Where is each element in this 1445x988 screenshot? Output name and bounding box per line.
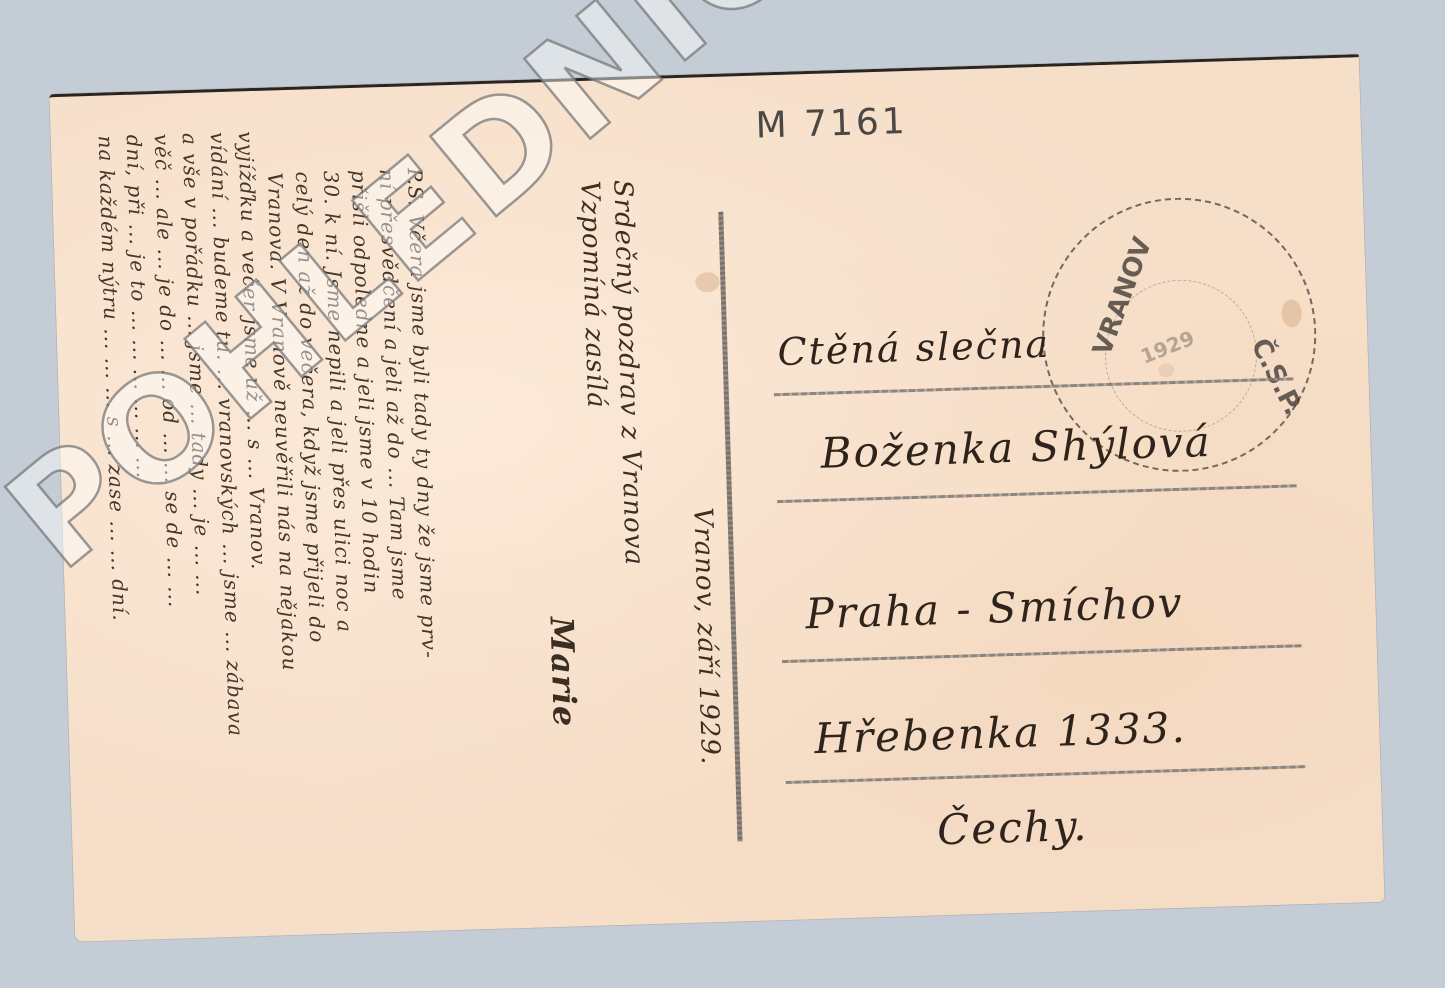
greeting-line: Srdečný pozdrav z Vranova	[607, 179, 649, 566]
address-city: Praha - Smíchov	[805, 578, 1184, 639]
paper-stain	[695, 272, 720, 293]
message-body: P.S. Včera jsme byli tady ty dny že jsme…	[49, 57, 1358, 97]
address-rule	[782, 644, 1302, 663]
signature: Marie	[543, 616, 584, 728]
place-date: Vranov, září 1929.	[687, 507, 725, 766]
greeting-line: Vzpomíná zasílá	[574, 180, 611, 409]
address-region: Čechy.	[936, 801, 1089, 855]
catalog-number: M 7161	[755, 101, 908, 147]
postcard-back: M 7161 P.S. Včera jsme byli tady ty dny …	[49, 54, 1384, 942]
address-street: Hřebenka 1333.	[814, 703, 1188, 763]
address-rule	[777, 484, 1297, 503]
address-rule	[786, 765, 1306, 784]
address-salutation: Ctěná slečna	[777, 322, 1051, 374]
